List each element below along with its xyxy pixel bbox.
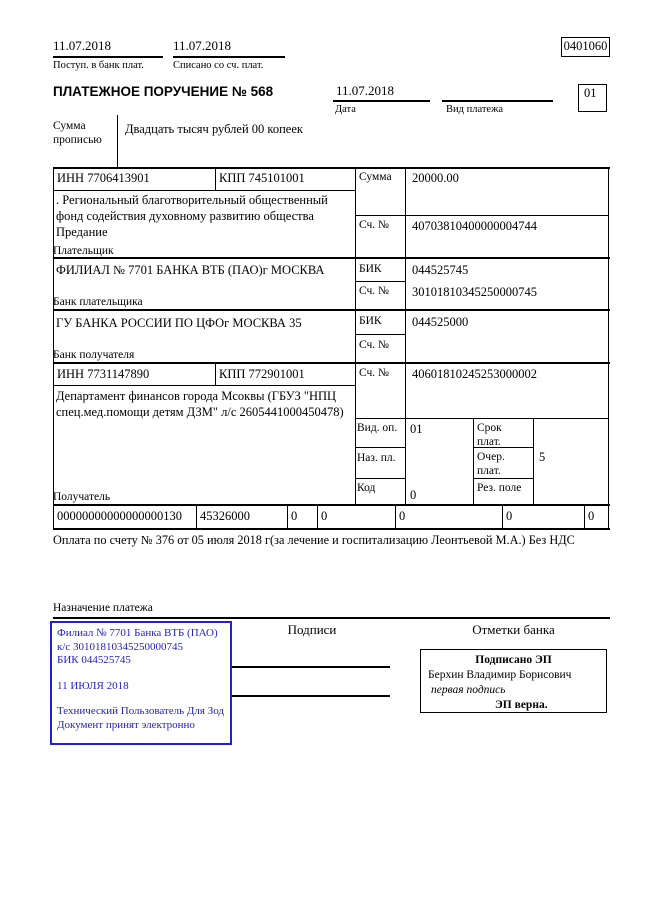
stamp-bik: БИК 044525745	[57, 654, 225, 668]
payer-bank-account: 30101810345250000745	[412, 284, 537, 300]
payer-bank-section-label: Банк плательщика	[53, 295, 143, 309]
date-label: Дата	[335, 104, 356, 115]
payment-type-label: Вид платежа	[446, 104, 503, 115]
payer-bank-bik: 044525745	[412, 262, 468, 278]
bank-marks-box: Подписано ЭП Берхин Владимир Борисович п…	[420, 649, 607, 713]
payer-bank-account-label: Сч. №	[359, 284, 389, 298]
payer-bank-bik-label: БИК	[359, 262, 382, 276]
amount-value: 20000.00	[412, 170, 459, 186]
footer-cell-4: 0	[321, 508, 327, 524]
table-label-col-right	[405, 167, 406, 505]
document-date: 11.07.2018	[336, 83, 394, 99]
table-right-border	[608, 167, 609, 530]
debited-date-label: Списано со сч. плат.	[173, 60, 263, 71]
payee-inn: ИНН 7731147890	[57, 366, 149, 382]
vid-op-value: 01	[410, 421, 423, 437]
payee-bank-bik: 044525000	[412, 314, 468, 330]
footer-div-4	[395, 504, 396, 528]
bank-stamp-box: Филиал № 7701 Банка ВТБ (ПАО) к/с 301018…	[50, 621, 232, 745]
stamp-bank-name: Филиал № 7701 Банка ВТБ (ПАО)	[57, 627, 225, 641]
payee-bank-section-label: Банк получателя	[53, 348, 134, 362]
footer-cell-7: 0	[588, 508, 594, 524]
form-code: 0401060	[564, 39, 608, 53]
nazpl-bottom	[355, 478, 405, 479]
line-after-payer-bank	[53, 309, 610, 311]
payment-order-document: 11.07.2018 Поступ. в банк плат. 11.07.20…	[0, 0, 660, 919]
amount-words-label: Сумма прописью	[53, 119, 113, 147]
payee-bank-name: ГУ БАНКА РОССИИ ПО ЦФОг МОСКВА 35	[56, 315, 302, 331]
vidop-bottom	[355, 447, 405, 448]
line-after-payee-bank	[53, 362, 610, 364]
received-date-label: Поступ. в банк плат.	[53, 60, 144, 71]
payment-type-underline	[442, 100, 553, 102]
line-after-footer-row	[53, 528, 610, 530]
footer-div-6	[584, 504, 585, 528]
vid-op-label: Вид. оп.	[357, 421, 397, 435]
payee-section-label: Получатель	[53, 490, 110, 504]
stamp-gap-2	[57, 693, 225, 705]
line-after-purpose	[53, 617, 610, 619]
amount-row-bottom	[355, 215, 609, 216]
inn-kpp-bottom-payer	[53, 190, 355, 191]
payee-name: Департамент финансов города Мсоквы (ГБУЗ…	[56, 388, 366, 420]
footer-cell-kbk: 00000000000000000130	[57, 508, 182, 524]
ep-verified: ЭП верна.	[425, 698, 602, 713]
payer-account: 40703810400000004744	[412, 218, 537, 234]
payer-name: . Региональный благотворительный обществ…	[56, 192, 354, 240]
stamp-user: Технический Пользователь Для Зод	[57, 705, 225, 719]
bank-marks-title: Отметки банка	[420, 622, 607, 638]
inn-kpp-divider-payer	[215, 167, 216, 190]
amount-words-divider	[117, 115, 118, 167]
payee-bank-account-label: Сч. №	[359, 338, 389, 352]
payer-bank-bik-bottom	[355, 281, 405, 282]
ocher-plat-value: 5	[539, 449, 545, 465]
signer-name: Берхин Владимир Борисович	[425, 668, 602, 683]
form-code-box: 0401060	[561, 37, 610, 57]
purpose-label: Назначение платежа	[53, 601, 153, 615]
signature-line-2	[232, 695, 390, 697]
payer-inn: ИНН 7706413901	[57, 170, 150, 186]
signed-ep-title: Подписано ЭП	[425, 653, 602, 668]
purpose-text: Оплата по счету № 376 от 05 июля 2018 г(…	[53, 533, 575, 548]
payee-bank-bik-label: БИК	[359, 314, 382, 328]
rez-pole-label: Рез. поле	[477, 481, 521, 495]
stamp-gap-1	[57, 668, 225, 680]
footer-cell-3: 0	[291, 508, 297, 524]
kod-value: 0	[410, 487, 416, 503]
subtable-col2	[533, 418, 534, 505]
document-title: ПЛАТЕЖНОЕ ПОРУЧЕНИЕ № 568	[53, 84, 273, 99]
footer-cell-6: 0	[506, 508, 512, 524]
line-before-footer-row	[53, 504, 610, 506]
inn-kpp-bottom-payee	[53, 385, 355, 386]
inn-kpp-divider-payee	[215, 362, 216, 385]
kod-label: Код	[357, 481, 375, 495]
payee-account: 40601810245253000002	[412, 366, 537, 382]
line-after-payer	[53, 257, 610, 259]
payment-kind-value: 01	[584, 86, 597, 100]
footer-cell-oktmo: 45326000	[200, 508, 250, 524]
stamp-corr-account: к/с 30101810345250000745	[57, 641, 225, 655]
table-label-col-left	[355, 167, 356, 505]
naz-pl-label: Наз. пл.	[357, 451, 395, 465]
payee-bank-bik-bottom	[355, 334, 405, 335]
table-line-top	[53, 167, 610, 169]
payment-kind-box: 01	[578, 84, 607, 112]
debited-date: 11.07.2018	[173, 38, 231, 54]
ocher-plat-label: Очер. плат.	[477, 450, 523, 478]
footer-div-3	[317, 504, 318, 528]
payee-kpp: КПП 772901001	[219, 366, 305, 382]
subtable-top	[355, 418, 609, 419]
subtable-col1	[473, 418, 474, 505]
footer-div-5	[502, 504, 503, 528]
received-date-underline	[53, 56, 163, 58]
stamp-date: 11 ИЮЛЯ 2018	[57, 680, 225, 694]
amount-label: Сумма	[359, 170, 392, 184]
signature-line-1	[232, 666, 390, 668]
footer-div-1	[196, 504, 197, 528]
srok-plat-label: Срок плат.	[477, 421, 523, 449]
payer-kpp: КПП 745101001	[219, 170, 305, 186]
amount-words-value: Двадцать тысяч рублей 00 копеек	[125, 121, 303, 137]
payer-bank-name: ФИЛИАЛ № 7701 БАНКА ВТБ (ПАО)г МОСКВА	[56, 262, 324, 278]
date-underline	[333, 100, 430, 102]
signatures-title: Подписи	[232, 622, 392, 638]
signature-kind: первая подпись	[425, 683, 602, 698]
payer-section-label: Плательщик	[53, 244, 114, 258]
payee-account-label: Сч. №	[359, 366, 389, 380]
ocher-bottom	[473, 478, 533, 479]
debited-date-underline	[173, 56, 285, 58]
footer-cell-5: 0	[399, 508, 405, 524]
received-date: 11.07.2018	[53, 38, 111, 54]
stamp-accepted: Документ принят электронно	[57, 719, 225, 733]
footer-div-2	[287, 504, 288, 528]
payer-account-label: Сч. №	[359, 218, 389, 232]
